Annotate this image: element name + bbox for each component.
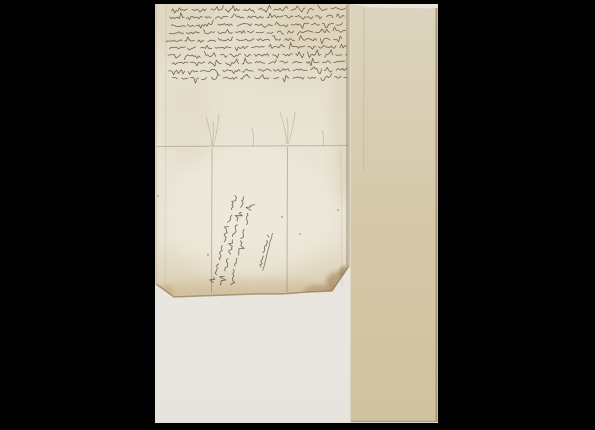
manuscript-photo xyxy=(0,0,595,430)
image-viewer-canvas: Photograph of the back of a folded 17th-… xyxy=(0,0,595,430)
letter-paper xyxy=(146,0,368,300)
